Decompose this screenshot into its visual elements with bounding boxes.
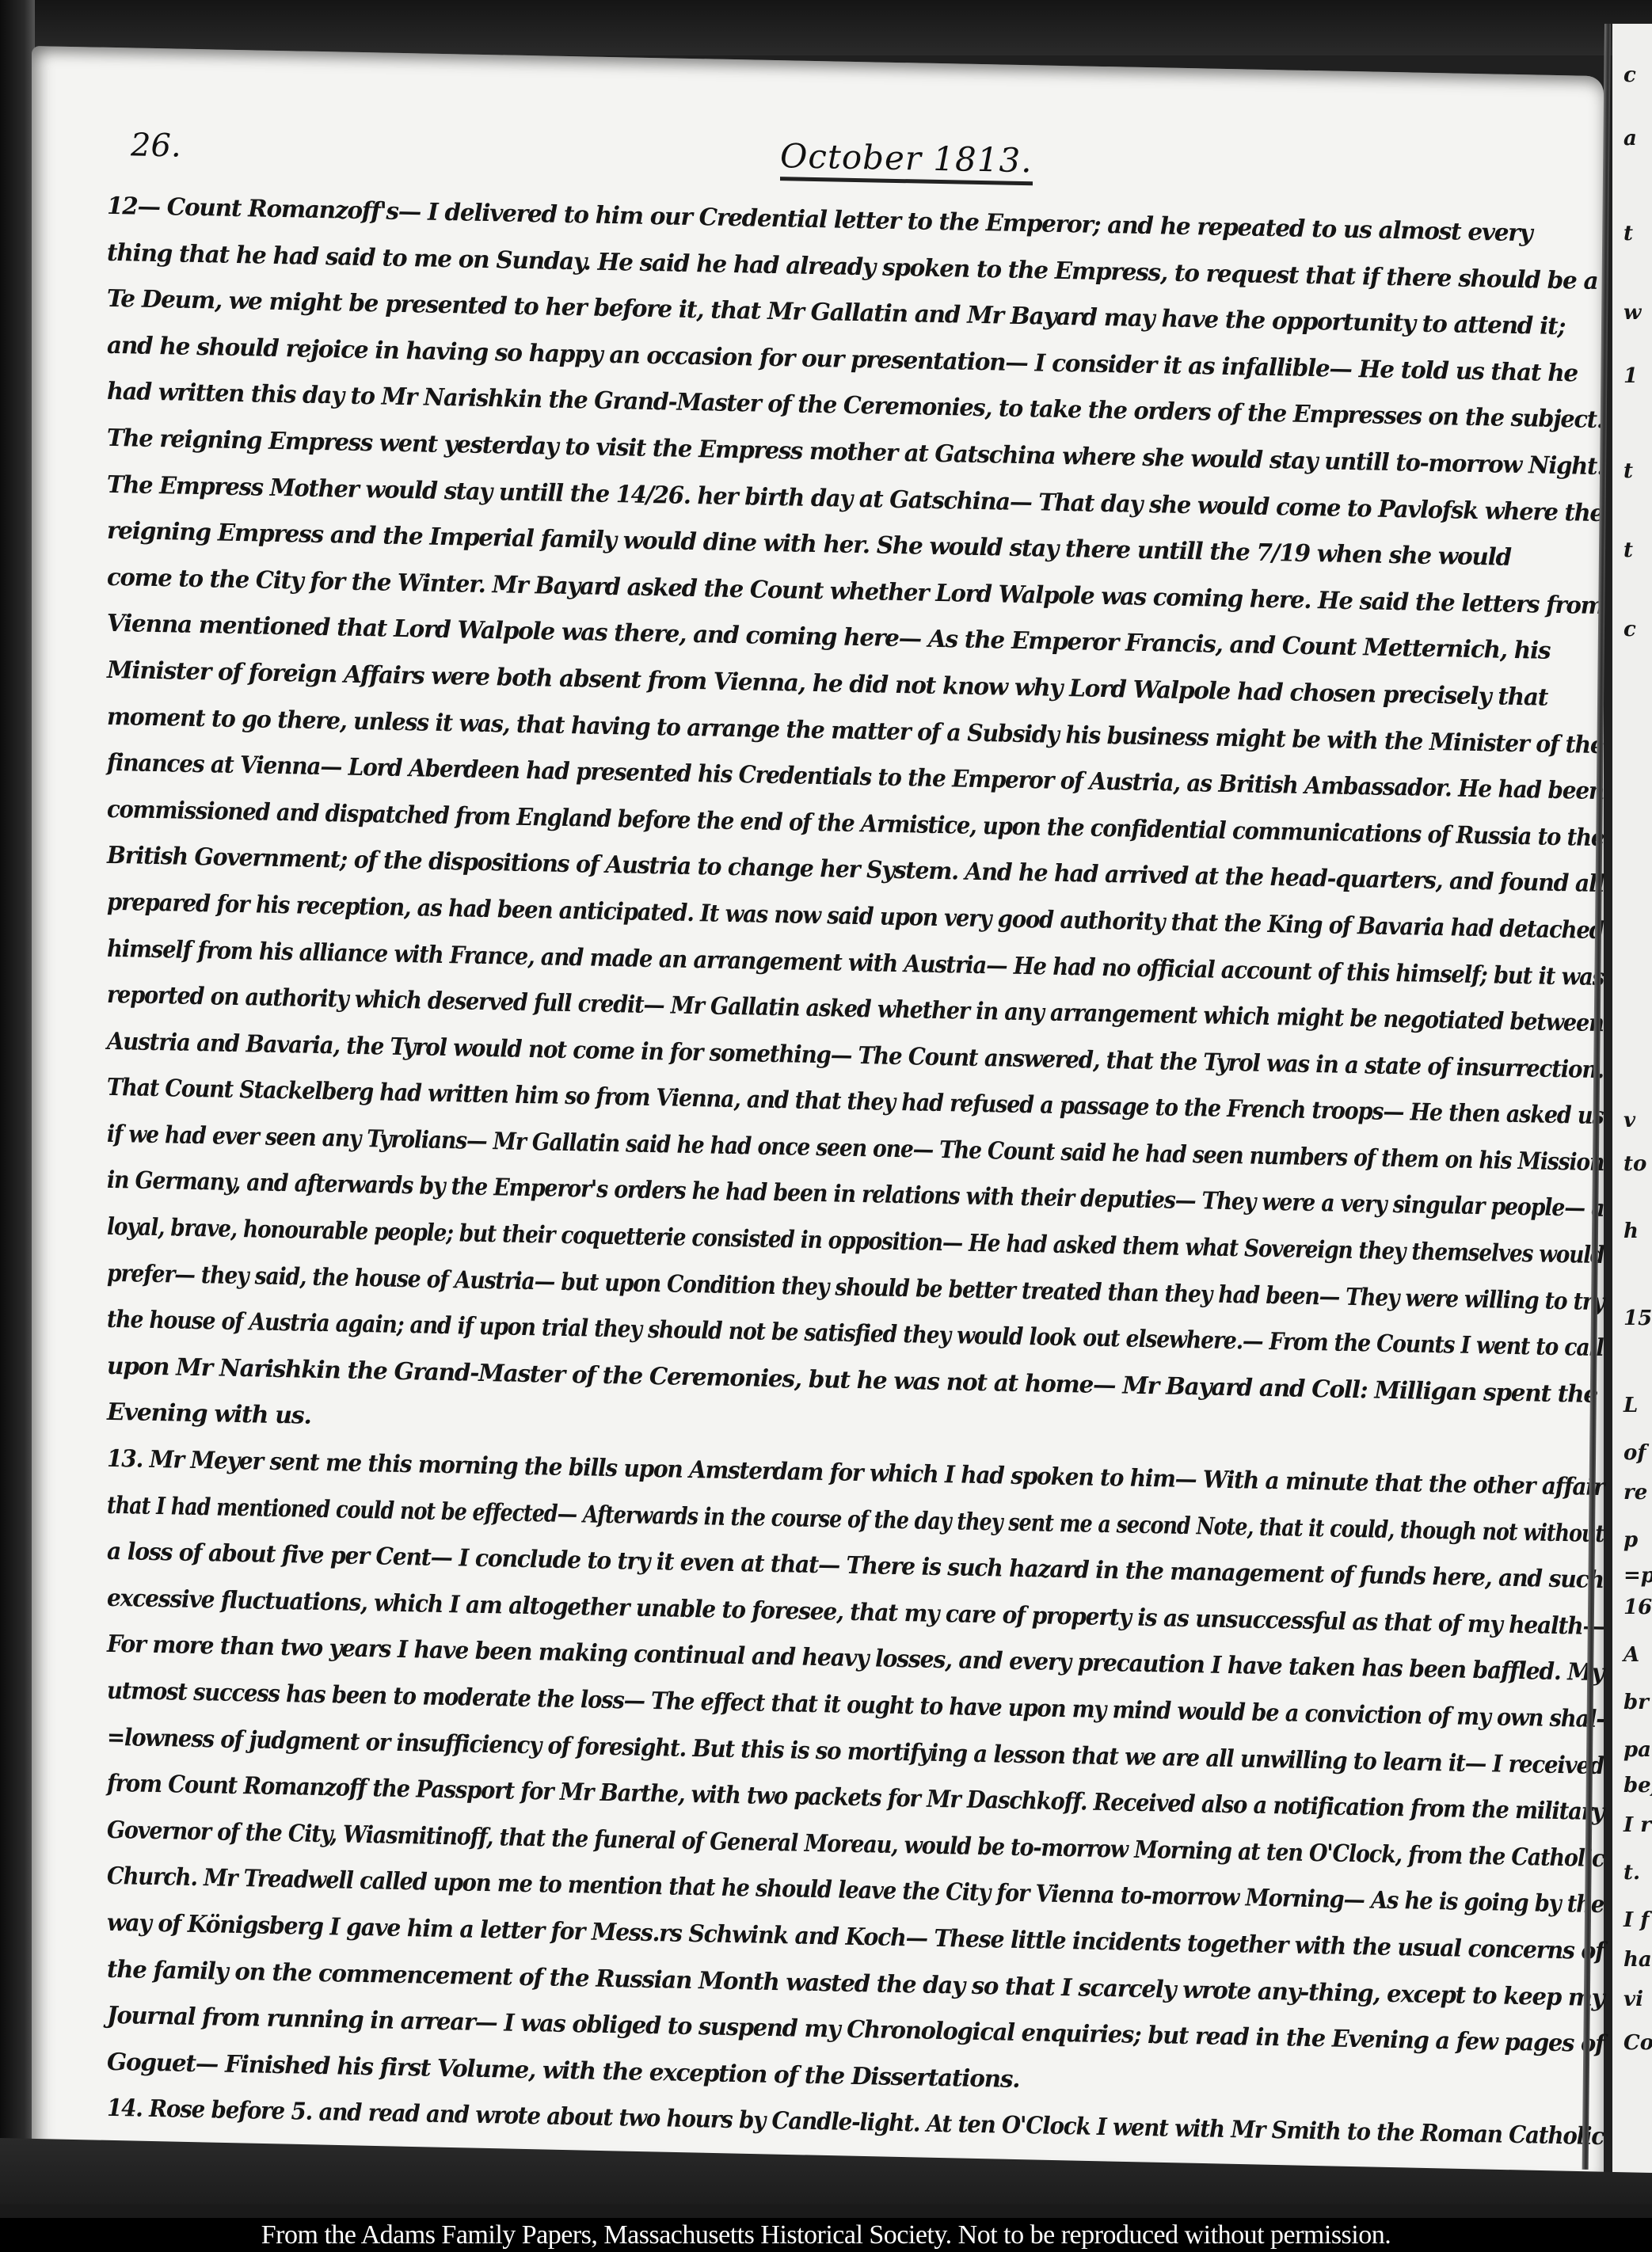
margin-fragment: re — [1623, 1481, 1647, 1505]
manuscript-scan: 26. October 1813. 12— Count Romanzoff's—… — [0, 0, 1652, 2204]
book-left-edge — [0, 0, 35, 2204]
facing-page-edge — [1612, 24, 1652, 2178]
margin-fragment: w — [1623, 301, 1641, 325]
margin-fragment: v — [1623, 1109, 1635, 1132]
margin-fragment: =p — [1623, 1564, 1652, 1588]
margin-fragment: t — [1623, 222, 1633, 245]
margin-fragment: bef — [1623, 1774, 1652, 1797]
page-header-date: October 1813. — [780, 136, 1033, 185]
margin-fragment: to — [1623, 1152, 1646, 1176]
margin-fragment: a — [1623, 127, 1637, 150]
margin-fragment: A — [1623, 1643, 1639, 1667]
margin-fragment: I r — [1623, 1813, 1651, 1837]
margin-fragment: c — [1623, 618, 1636, 641]
page-number: 26. — [131, 127, 181, 164]
margin-fragment: Co — [1623, 2031, 1652, 2055]
margin-fragment: t — [1623, 459, 1633, 483]
margin-fragment: vi — [1623, 1988, 1643, 2011]
manuscript-page: 26. October 1813. 12— Count Romanzoff's—… — [32, 46, 1604, 2182]
margin-fragment: t — [1623, 538, 1633, 562]
margin-fragment: pa — [1623, 1738, 1651, 1762]
margin-fragment: L — [1623, 1394, 1638, 1417]
margin-fragment: 16. — [1623, 1596, 1652, 1619]
margin-fragment: 1 — [1623, 364, 1638, 388]
margin-fragment: t. — [1623, 1861, 1640, 1885]
margin-fragment: c — [1623, 63, 1636, 87]
margin-fragment: I f — [1623, 1908, 1649, 1932]
copyright-footer: From the Adams Family Papers, Massachuse… — [0, 2218, 1652, 2252]
margin-fragment: of — [1623, 1441, 1646, 1465]
margin-fragment: h — [1623, 1219, 1639, 1243]
top-shadow — [0, 0, 1652, 55]
margin-fragment: 15 — [1623, 1307, 1652, 1330]
diary-body: 12— Count Romanzoff's— I delivered to hi… — [107, 184, 1627, 2204]
margin-fragment: ha — [1623, 1948, 1652, 1972]
margin-fragment: p — [1623, 1528, 1638, 1552]
margin-fragment: br — [1623, 1691, 1649, 1714]
